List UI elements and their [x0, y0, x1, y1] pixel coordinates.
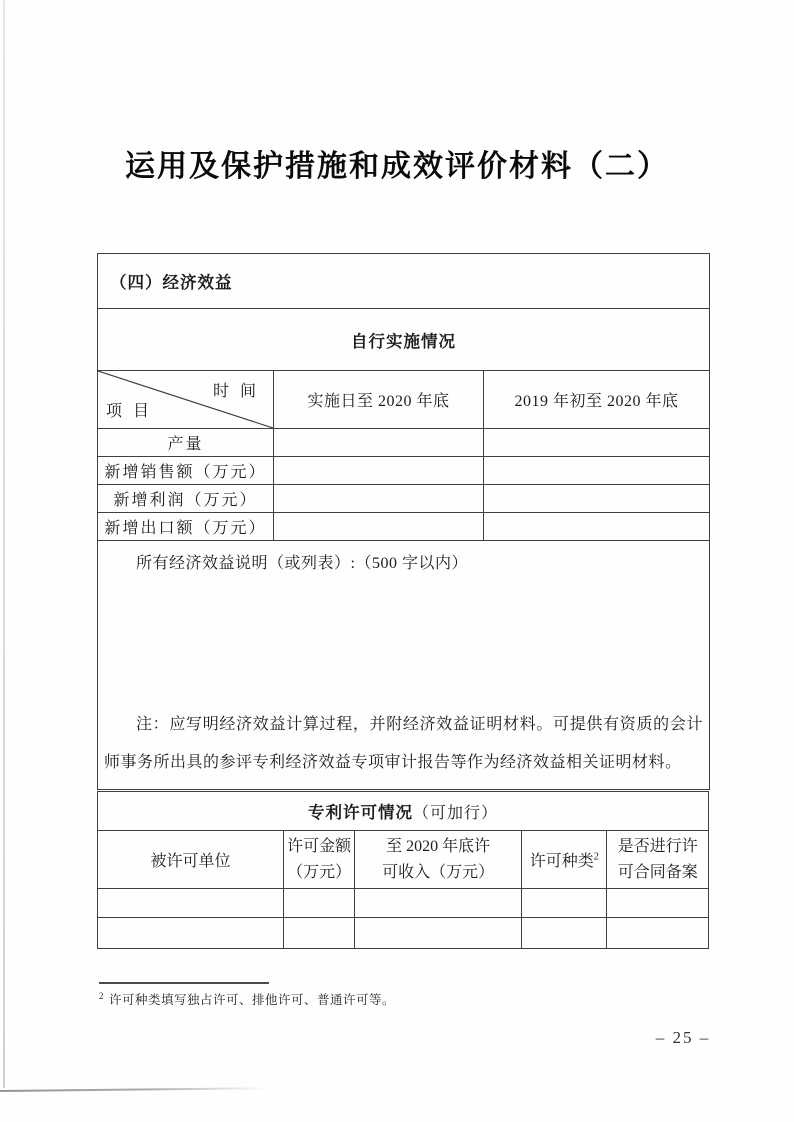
- license-empty-row: [98, 918, 709, 949]
- table-row: 产量: [98, 429, 710, 457]
- license-cell: [355, 889, 522, 918]
- section-header: （四）经济效益: [98, 254, 710, 309]
- table-row: 新增出口额（万元）: [98, 513, 710, 541]
- row-label-output: 产量: [98, 429, 274, 457]
- footnote-reference-mark: 2: [594, 852, 599, 863]
- page-title: 运用及保护措施和成效评价材料（二）: [0, 146, 794, 188]
- license-cell: [607, 889, 709, 918]
- table-row: 新增销售额（万元）: [98, 457, 710, 485]
- license-empty-row: [98, 889, 709, 918]
- license-title-rest: （可加行）: [413, 805, 498, 822]
- license-cell: [283, 889, 354, 918]
- cell-export-2: [484, 513, 710, 541]
- row-label-new-sales: 新增销售额（万元）: [98, 457, 274, 485]
- license-cell: [607, 918, 709, 949]
- license-cell: [355, 918, 522, 949]
- column-header-license-income: 至 2020 年底许 可收入（万元）: [355, 831, 522, 889]
- cell-profit-2: [484, 485, 710, 513]
- cell-sales-1: [274, 457, 484, 485]
- cell-profit-1: [274, 485, 484, 513]
- column-header-licensee: 被许可单位: [98, 831, 284, 889]
- cell-output-1: [274, 429, 484, 457]
- patent-license-table: 专利许可情况（可加行） 被许可单位 许可金额 （万元） 至 2020 年底许 可…: [97, 791, 709, 949]
- footnote-marker: 2: [99, 991, 104, 1001]
- economic-description-cell: 所有经济效益说明（或列表）:（500 字以内） 注：应写明经济效益计算过程，并附…: [98, 541, 710, 790]
- license-title-bold: 专利许可情况: [308, 804, 413, 822]
- license-cell: [283, 918, 354, 949]
- column-header-license-amount: 许可金额 （万元）: [283, 831, 354, 889]
- footnote-text: 许可种类填写独占许可、排他许可、普通许可等。: [109, 993, 395, 1007]
- cell-export-1: [274, 513, 484, 541]
- subsection-header: 自行实施情况: [98, 309, 710, 371]
- license-cell: [522, 918, 607, 949]
- column-header-license-type: 许可种类2: [522, 831, 607, 889]
- economic-note: 注：应写明经济效益计算过程，并附经济效益证明材料。可提供有资质的会计师事务所出具…: [98, 706, 709, 788]
- economic-description-label: 所有经济效益说明（或列表）:（500 字以内）: [98, 541, 709, 573]
- table-row: 新增利润（万元）: [98, 485, 710, 513]
- cell-output-2: [484, 429, 710, 457]
- footnote-separator: [99, 982, 269, 984]
- column-header-contract-filing: 是否进行许 可合同备案: [607, 831, 709, 889]
- diagonal-header-cell: 时 间 项 目: [98, 371, 274, 429]
- license-cell: [98, 918, 284, 949]
- column-header-period-2: 2019 年初至 2020 年底: [484, 371, 710, 429]
- footnote: 2许可种类填写独占许可、排他许可、普通许可等。: [99, 990, 395, 1008]
- cell-sales-2: [484, 457, 710, 485]
- scan-edge-artifact-bottom: [0, 1087, 268, 1092]
- document-page: 运用及保护措施和成效评价材料（二） （四）经济效益 自行实施情况 时 间 项 目…: [0, 0, 794, 1122]
- row-label-new-export: 新增出口额（万元）: [98, 513, 274, 541]
- diagonal-label-time: 时 间: [213, 378, 257, 401]
- license-cell: [98, 889, 284, 918]
- license-cell: [522, 889, 607, 918]
- row-label-new-profit: 新增利润（万元）: [98, 485, 274, 513]
- page-number: – 25 –: [628, 1028, 738, 1048]
- column-header-period-1: 实施日至 2020 年底: [274, 371, 484, 429]
- economic-benefit-table: （四）经济效益 自行实施情况 时 间 项 目 实施日至 2020 年底 2019…: [97, 253, 710, 790]
- license-table-title: 专利许可情况（可加行）: [98, 792, 709, 831]
- diagonal-label-item: 项 目: [106, 398, 150, 421]
